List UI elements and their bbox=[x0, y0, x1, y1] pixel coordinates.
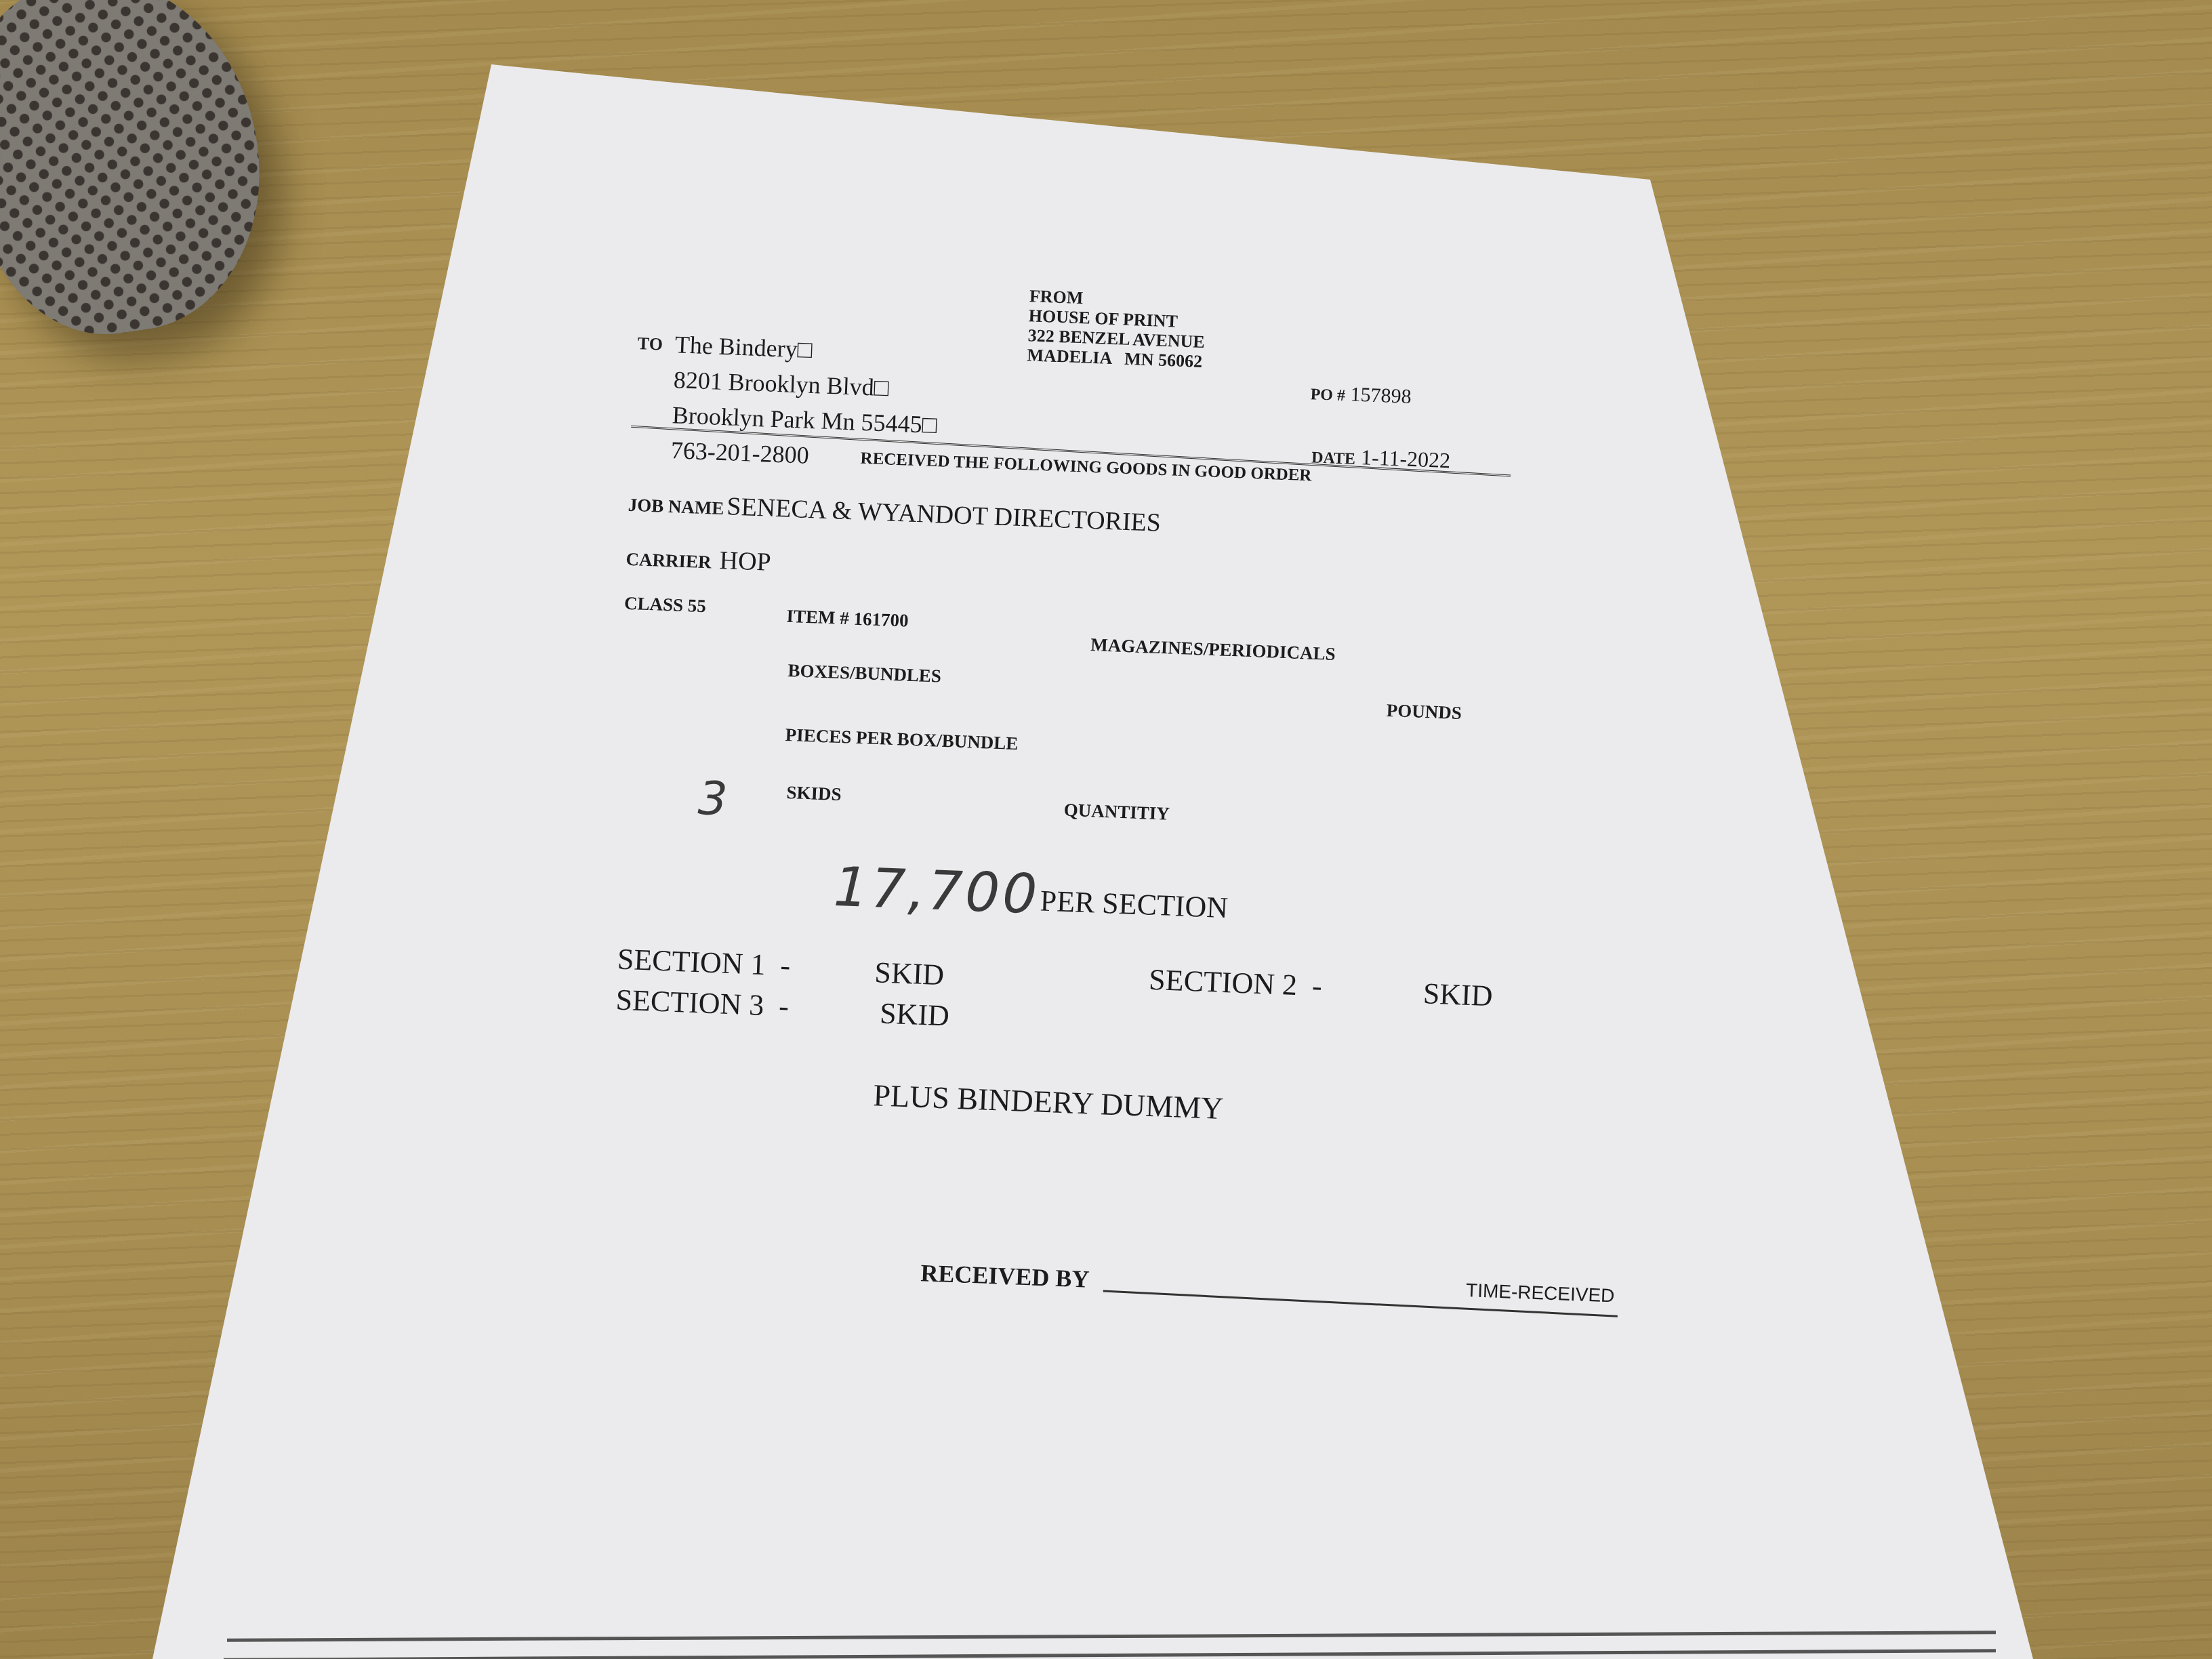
date: DATE 1-11-2022 bbox=[1311, 443, 1451, 473]
per-section-label: PER SECTION bbox=[1040, 884, 1229, 926]
received-header: RECEIVED THE FOLLOWING GOODS IN GOOD ORD… bbox=[860, 449, 1312, 486]
section-1-label: SECTION 1 - bbox=[617, 942, 791, 983]
quantity-label: QUANTITIY bbox=[1063, 800, 1170, 825]
carrier-label: CARRIER bbox=[626, 549, 712, 573]
pounds-label: POUNDS bbox=[1386, 700, 1462, 724]
time-received-label: TIME-RECEIVED bbox=[1466, 1279, 1615, 1307]
receipt-form: FROM HOUSE OF PRINT 322 BENZEL AVENUE MA… bbox=[596, 271, 1619, 1392]
section-2-label: SECTION 2 - bbox=[1148, 962, 1322, 1004]
pieces-label: PIECES PER BOX/BUNDLE bbox=[785, 724, 1019, 754]
class-label: CLASS 55 bbox=[624, 593, 707, 617]
date-label: DATE bbox=[1311, 449, 1356, 468]
section-3-unit: SKID bbox=[879, 996, 950, 1033]
to-label: TO bbox=[637, 333, 663, 354]
category-label: MAGAZINES/PERIODICALS bbox=[1090, 634, 1336, 665]
job-name-value: SENECA & WYANDOT DIRECTORIES bbox=[726, 492, 1162, 537]
carrier-value: HOP bbox=[719, 546, 772, 577]
section-2-unit: SKID bbox=[1422, 976, 1494, 1013]
paper-sheet: FROM HOUSE OF PRINT 322 BENZEL AVENUE MA… bbox=[0, 0, 2212, 1659]
boxes-label: BOXES/BUNDLES bbox=[787, 660, 942, 687]
po-value: 157898 bbox=[1350, 384, 1412, 408]
po-label: PO # bbox=[1310, 386, 1345, 405]
note: PLUS BINDERY DUMMY bbox=[873, 1077, 1225, 1126]
job-name-label: JOB NAME bbox=[628, 495, 724, 518]
received-by-label: RECEIVED BY bbox=[920, 1258, 1090, 1294]
skids-handwritten-value: 3 bbox=[697, 772, 729, 827]
po-number: PO # 157898 bbox=[1310, 382, 1412, 409]
knit-glove bbox=[0, 0, 281, 350]
section-1-unit: SKID bbox=[874, 955, 945, 992]
section-3-label: SECTION 3 - bbox=[615, 983, 790, 1024]
skids-label: SKIDS bbox=[786, 782, 842, 805]
carrier: CARRIER HOP bbox=[626, 542, 772, 577]
item-number: ITEM # 161700 bbox=[786, 606, 909, 632]
from-address: FROM HOUSE OF PRINT 322 BENZEL AVENUE MA… bbox=[1027, 286, 1206, 371]
date-value: 1-11-2022 bbox=[1360, 445, 1450, 472]
job-name: JOB NAME SENECA & WYANDOT DIRECTORIES bbox=[628, 488, 1162, 538]
quantity-handwritten-value: 17,700 bbox=[833, 855, 1041, 926]
